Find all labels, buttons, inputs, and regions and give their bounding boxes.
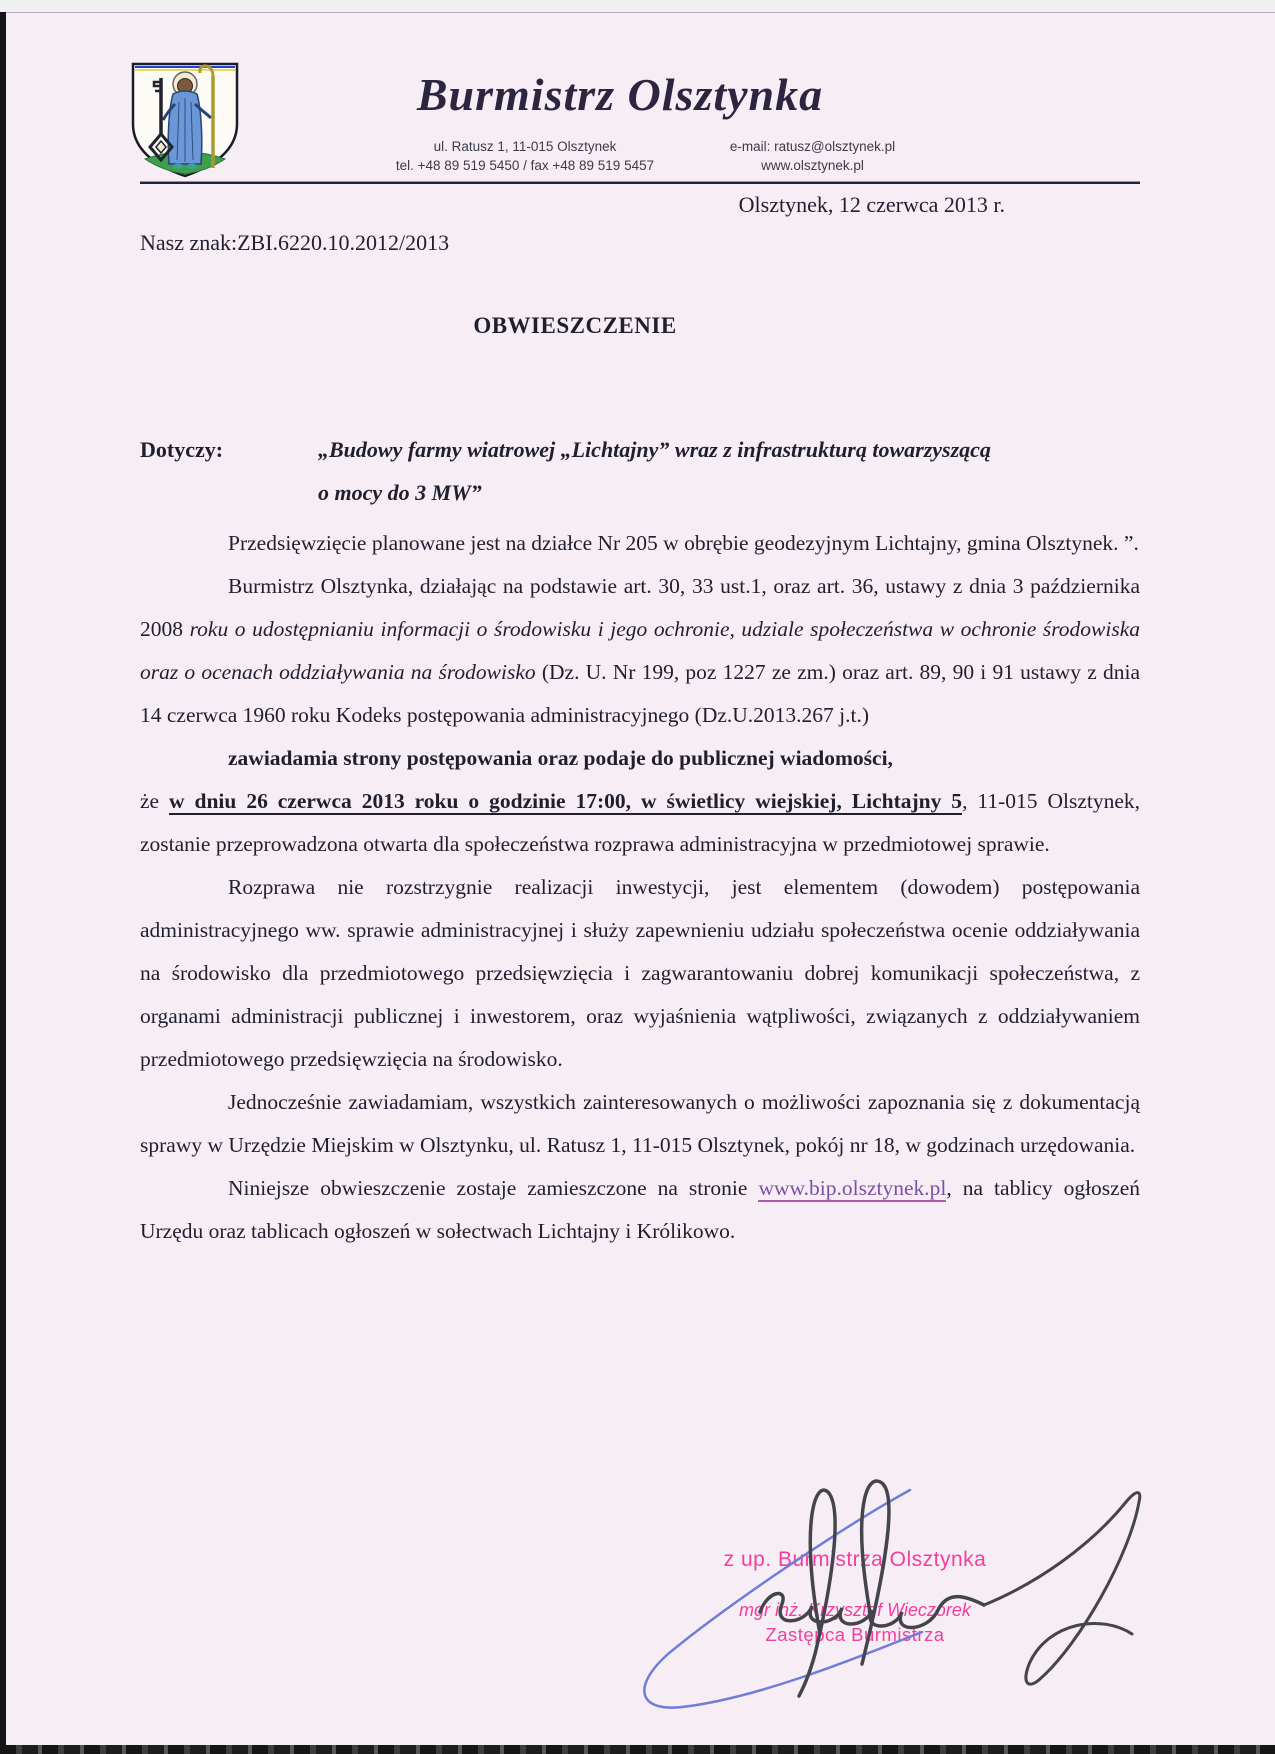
scan-edge-bottom: [0, 1745, 1275, 1754]
contact-email: e-mail: ratusz@olsztynek.pl: [695, 137, 930, 156]
address-phone: tel. +48 89 519 5450 / fax +48 89 519 54…: [380, 156, 670, 175]
paragraph-hearing-purpose: Rozprawa nie rozstrzygnie realizacji inw…: [140, 866, 1140, 1081]
hearing-date-place: w dniu 26 czerwca 2013 roku o godzinie 1…: [169, 789, 962, 815]
scan-edge-top: [0, 0, 1275, 13]
paragraph-publication: Niniejsze obwieszczenie zostaje zamieszc…: [140, 1167, 1140, 1253]
document-body: Przedsięwzięcie planowane jest na działc…: [140, 522, 1140, 1253]
paragraph-documentation: Jednocześnie zawiadamiam, wszystkich zai…: [140, 1081, 1140, 1167]
subject-line2: o mocy do 3 MW”: [318, 471, 1150, 514]
handwritten-signature-icon: [610, 1462, 1155, 1717]
paragraph-announcement: zawiadamia strony postępowania oraz poda…: [140, 737, 1140, 780]
paragraph-hearing: że w dniu 26 czerwca 2013 roku o godzini…: [140, 780, 1140, 866]
subject-block: Dotyczy:„Budowy farmy wiatrowej „Lichtaj…: [140, 428, 1150, 514]
header-divider: [140, 181, 1140, 184]
contact-website: www.olsztynek.pl: [695, 156, 930, 175]
signature-strokes: [610, 1462, 1155, 1717]
subject-row: Dotyczy:„Budowy farmy wiatrowej „Lichtaj…: [140, 428, 1150, 471]
document-title: OBWIESZCZENIE: [140, 313, 1010, 339]
office-address-block: ul. Ratusz 1, 11-015 Olsztynek tel. +48 …: [380, 137, 670, 175]
bip-website-link: www.bip.olsztynek.pl: [758, 1176, 946, 1202]
coat-of-arms-icon: [125, 58, 245, 180]
office-title: Burmistrz Olsztynka: [300, 68, 940, 121]
date-line: Olsztynek, 12 czerwca 2013 r.: [640, 192, 1005, 218]
paragraph-project: Przedsięwzięcie planowane jest na działc…: [140, 522, 1140, 565]
address-street: ul. Ratusz 1, 11-015 Olsztynek: [380, 137, 670, 156]
reference-number: Nasz znak:ZBI.6220.10.2012/2013: [140, 230, 449, 256]
hearing-prefix: że: [140, 789, 169, 813]
paragraph-legal-basis: Burmistrz Olsztynka, działając na podsta…: [140, 565, 1140, 737]
scan-edge-left: [0, 12, 6, 1754]
scanned-document-page: { "colors": { "page_bg": "#f7edf5", "sta…: [0, 0, 1275, 1754]
publication-prefix: Niniejsze obwieszczenie zostaje zamieszc…: [228, 1176, 758, 1200]
office-contact-block: e-mail: ratusz@olsztynek.pl www.olsztyne…: [695, 137, 930, 175]
coat-of-arms-graphic: [125, 58, 245, 180]
subject-label: Dotyczy:: [140, 428, 318, 471]
subject-line1: „Budowy farmy wiatrowej „Lichtajny” wraz…: [318, 437, 991, 462]
